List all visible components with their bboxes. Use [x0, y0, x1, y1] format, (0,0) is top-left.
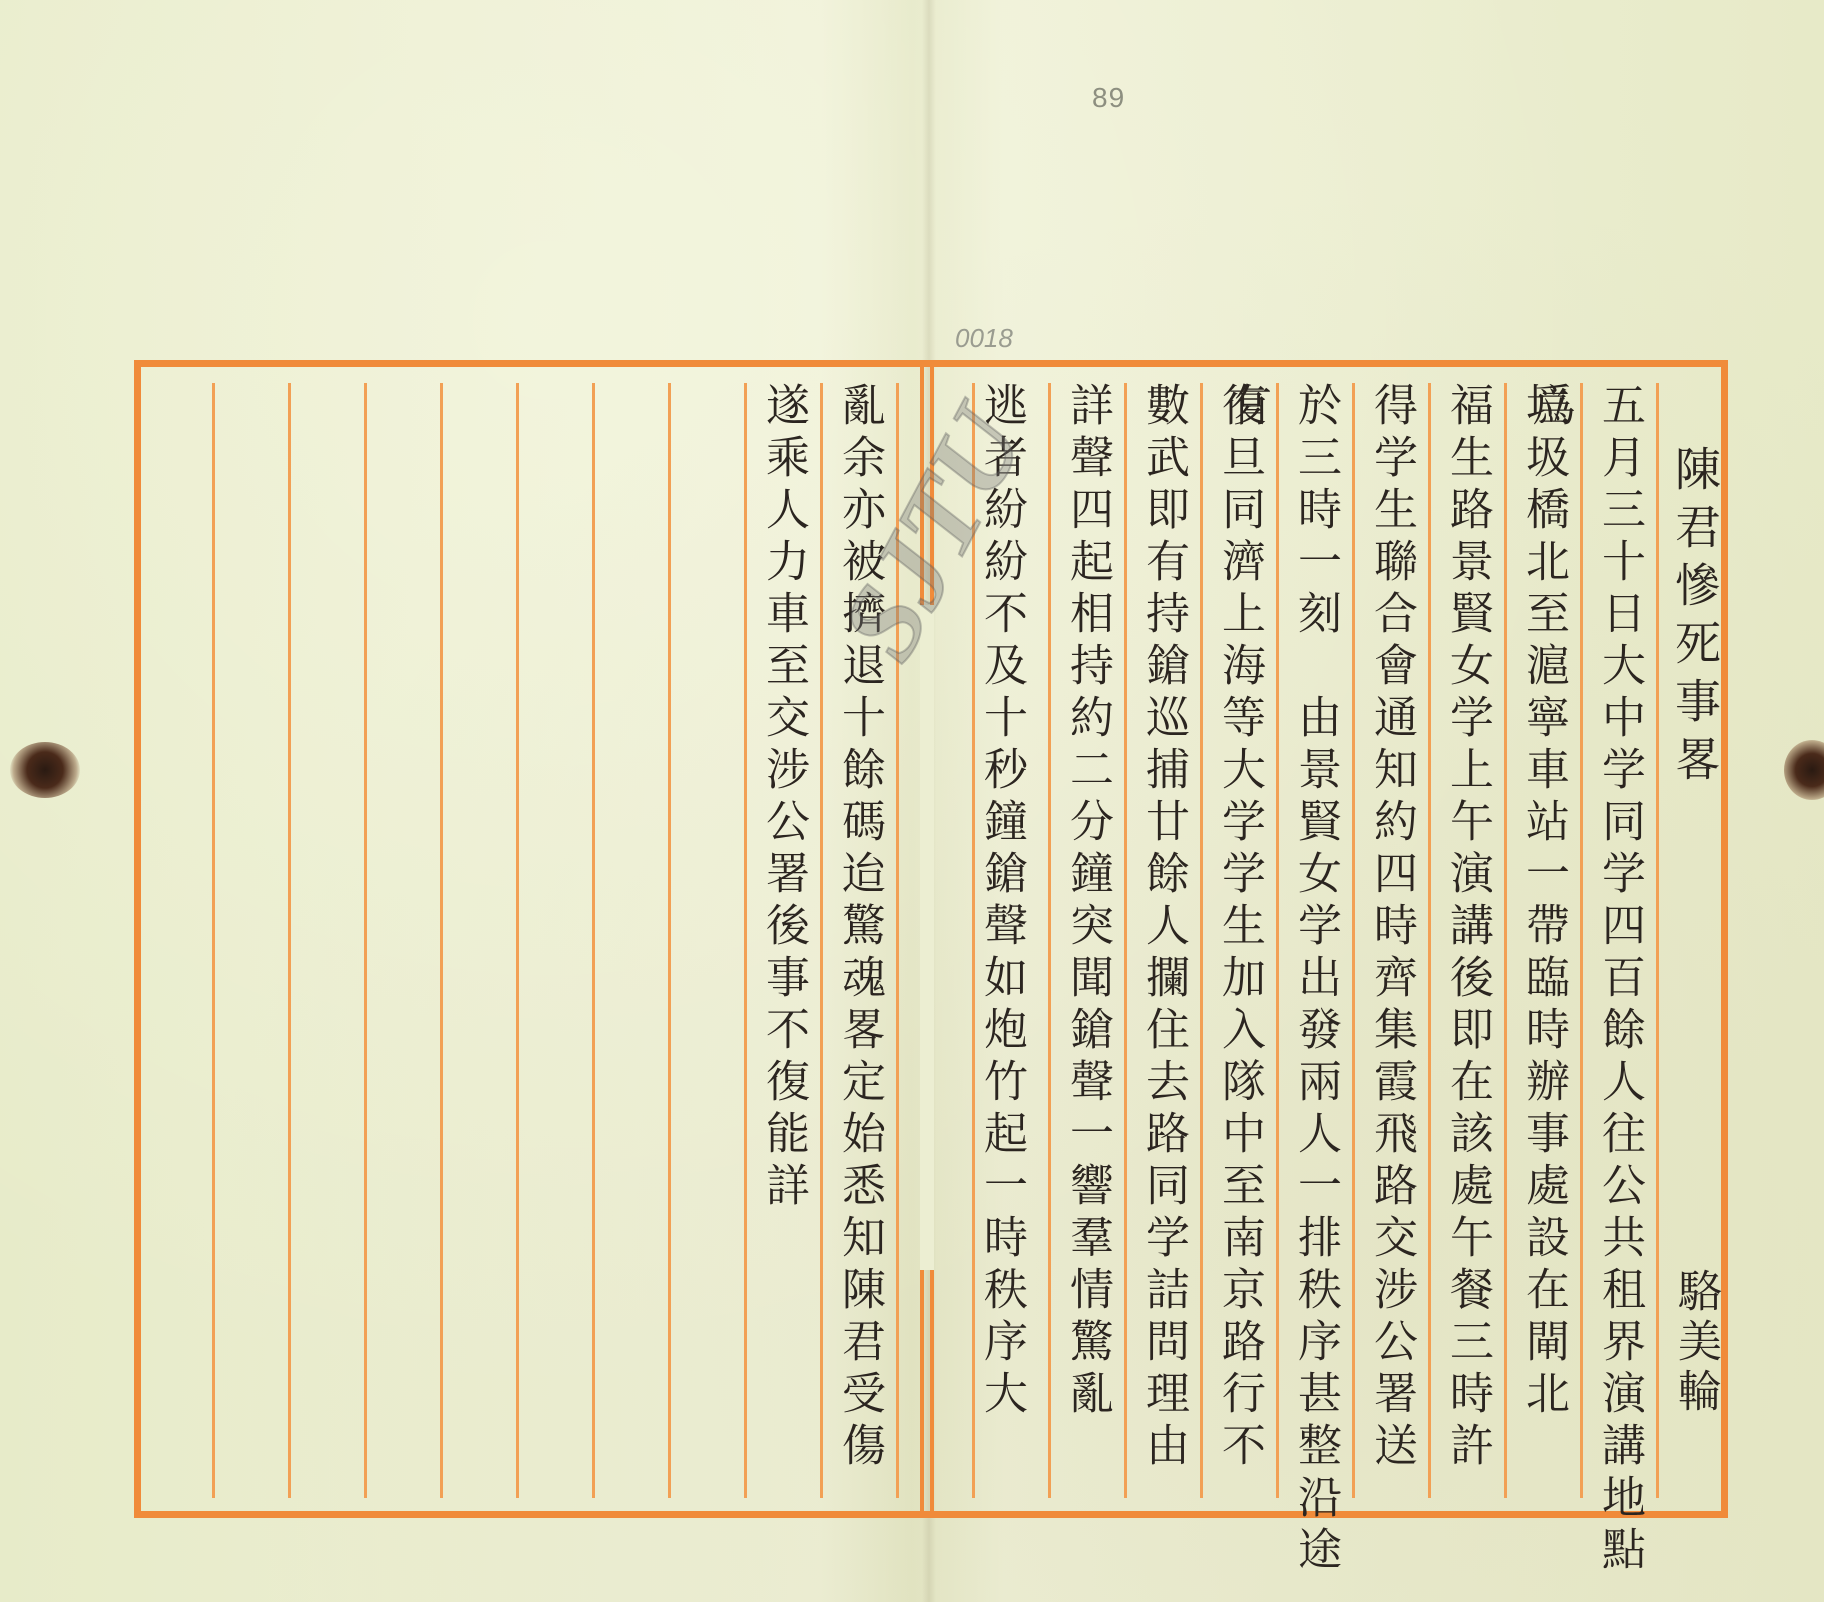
- text-column: 詳聲四起相持約二分鐘突聞鎗聲一響羣情驚亂: [1052, 382, 1122, 1422]
- column-rule: [820, 383, 823, 1498]
- column-rule: [1656, 383, 1659, 1498]
- text-column: 五月三十日大中学同学四百餘人往公共租界演講地點爲: [1584, 382, 1654, 1602]
- document-author: 駱美輪: [1660, 1268, 1730, 1418]
- column-rule: [1276, 383, 1279, 1498]
- text-column: 復旦同濟上海等大学学生加入隊中至南京路行不: [1204, 382, 1274, 1474]
- column-rule: [744, 383, 747, 1498]
- column-rule: [1048, 383, 1051, 1498]
- column-rule: [1352, 383, 1355, 1498]
- column-rule: [288, 383, 291, 1498]
- column-rule: [668, 383, 671, 1498]
- column-rule: [1200, 383, 1203, 1498]
- ink-stain: [10, 742, 80, 798]
- text-column: 於三時一刻 由景賢女学出發兩人一排秩序甚整沿途有: [1280, 382, 1350, 1602]
- column-rule: [1504, 383, 1507, 1498]
- column-rule: [1428, 383, 1431, 1498]
- document-title: 陳君慘死事畧: [1660, 445, 1730, 793]
- text-column: 遂乘人力車至交涉公署後事不復能詳: [748, 382, 818, 1214]
- text-column: 數武即有持鎗巡捕廿餘人攔住去路同学詰問理由: [1128, 382, 1198, 1474]
- column-rule: [592, 383, 595, 1498]
- column-rule: [1580, 383, 1583, 1498]
- page-number: 89: [1092, 82, 1125, 114]
- text-column: 得学生聯合會通知約四時齊集霞飛路交涉公署送: [1356, 382, 1426, 1474]
- column-rule: [440, 383, 443, 1498]
- column-rule: [212, 383, 215, 1498]
- column-rule: [1124, 383, 1127, 1498]
- text-column: 垃圾橋北至滬寧車站一帶臨時辦事處設在閘北: [1508, 382, 1578, 1422]
- column-rule: [364, 383, 367, 1498]
- column-rule: [516, 383, 519, 1498]
- folio-mark: 0018: [955, 323, 1013, 354]
- text-column: 福生路景賢女学上午演講後即在該處午餐三時許: [1432, 382, 1502, 1474]
